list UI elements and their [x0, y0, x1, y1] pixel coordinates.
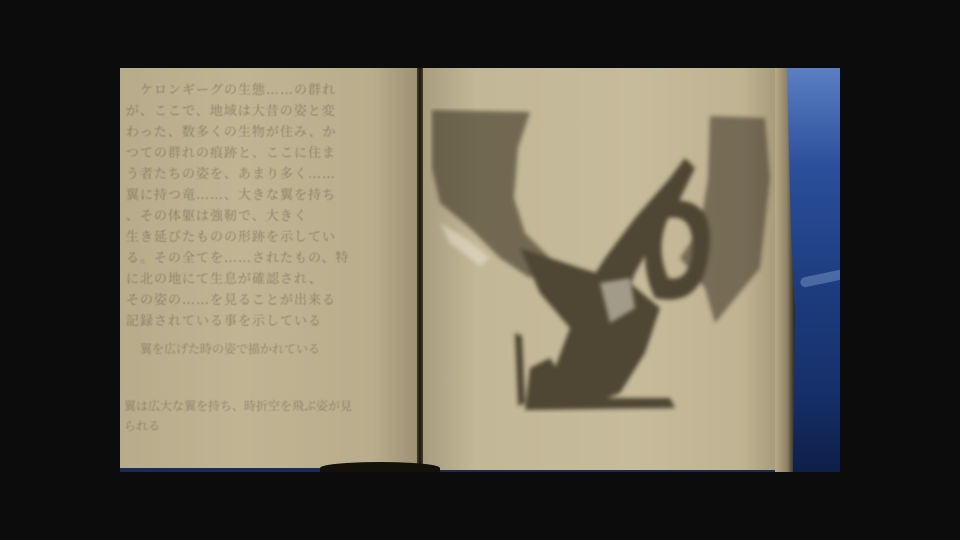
text-line: 生き延びたものの形跡を示してい	[126, 227, 396, 248]
page-stack-edge	[775, 68, 795, 472]
game-viewport: ケロンギーグの生態……の群れ が、ここで、地域は大昔の姿と変 わった、数多くの生…	[120, 68, 840, 472]
text-line: 記録されている事を示している	[126, 311, 396, 332]
text-line: 翼は広大な翼を持ち、時折空を飛ぶ姿が見	[124, 396, 384, 416]
page-shadow	[320, 462, 440, 472]
text-line: その姿の……を見ることが出来る	[126, 290, 396, 311]
text-line: 、その体躯は強靭で、大きく	[126, 206, 396, 227]
text-line: る。その全てを……されたもの、特	[126, 248, 396, 269]
text-line: 翼に持つ竜……、大きな翼を持ち	[126, 185, 396, 206]
text-line: ケロンギーグの生態……の群れ	[126, 80, 396, 101]
text-line: られる	[124, 416, 384, 436]
dragon-sketch-icon	[430, 108, 775, 413]
journal-paragraph: ケロンギーグの生態……の群れ が、ここで、地域は大昔の姿と変 わった、数多くの生…	[126, 80, 396, 332]
journal-left-page: ケロンギーグの生態……の群れ が、ここで、地域は大昔の姿と変 わった、数多くの生…	[120, 68, 417, 468]
open-journal: ケロンギーグの生態……の群れ が、ここで、地域は大昔の姿と変 わった、数多くの生…	[120, 68, 800, 472]
cloud-streak	[800, 268, 840, 288]
text-line: つての群れの痕跡と、ここに住ま	[126, 143, 396, 164]
journal-note: 翼を広げた時の姿で描かれている	[140, 340, 320, 357]
journal-note: 翼は広大な翼を持ち、時折空を飛ぶ姿が見 られる	[124, 396, 384, 436]
text-line: う者たちの姿を、あまり多く……	[126, 164, 396, 185]
text-line: に北の地にて生息が確認され、	[126, 269, 396, 290]
text-line: わった、数多くの生物が住み、か	[126, 122, 396, 143]
text-line: が、ここで、地域は大昔の姿と変	[126, 101, 396, 122]
